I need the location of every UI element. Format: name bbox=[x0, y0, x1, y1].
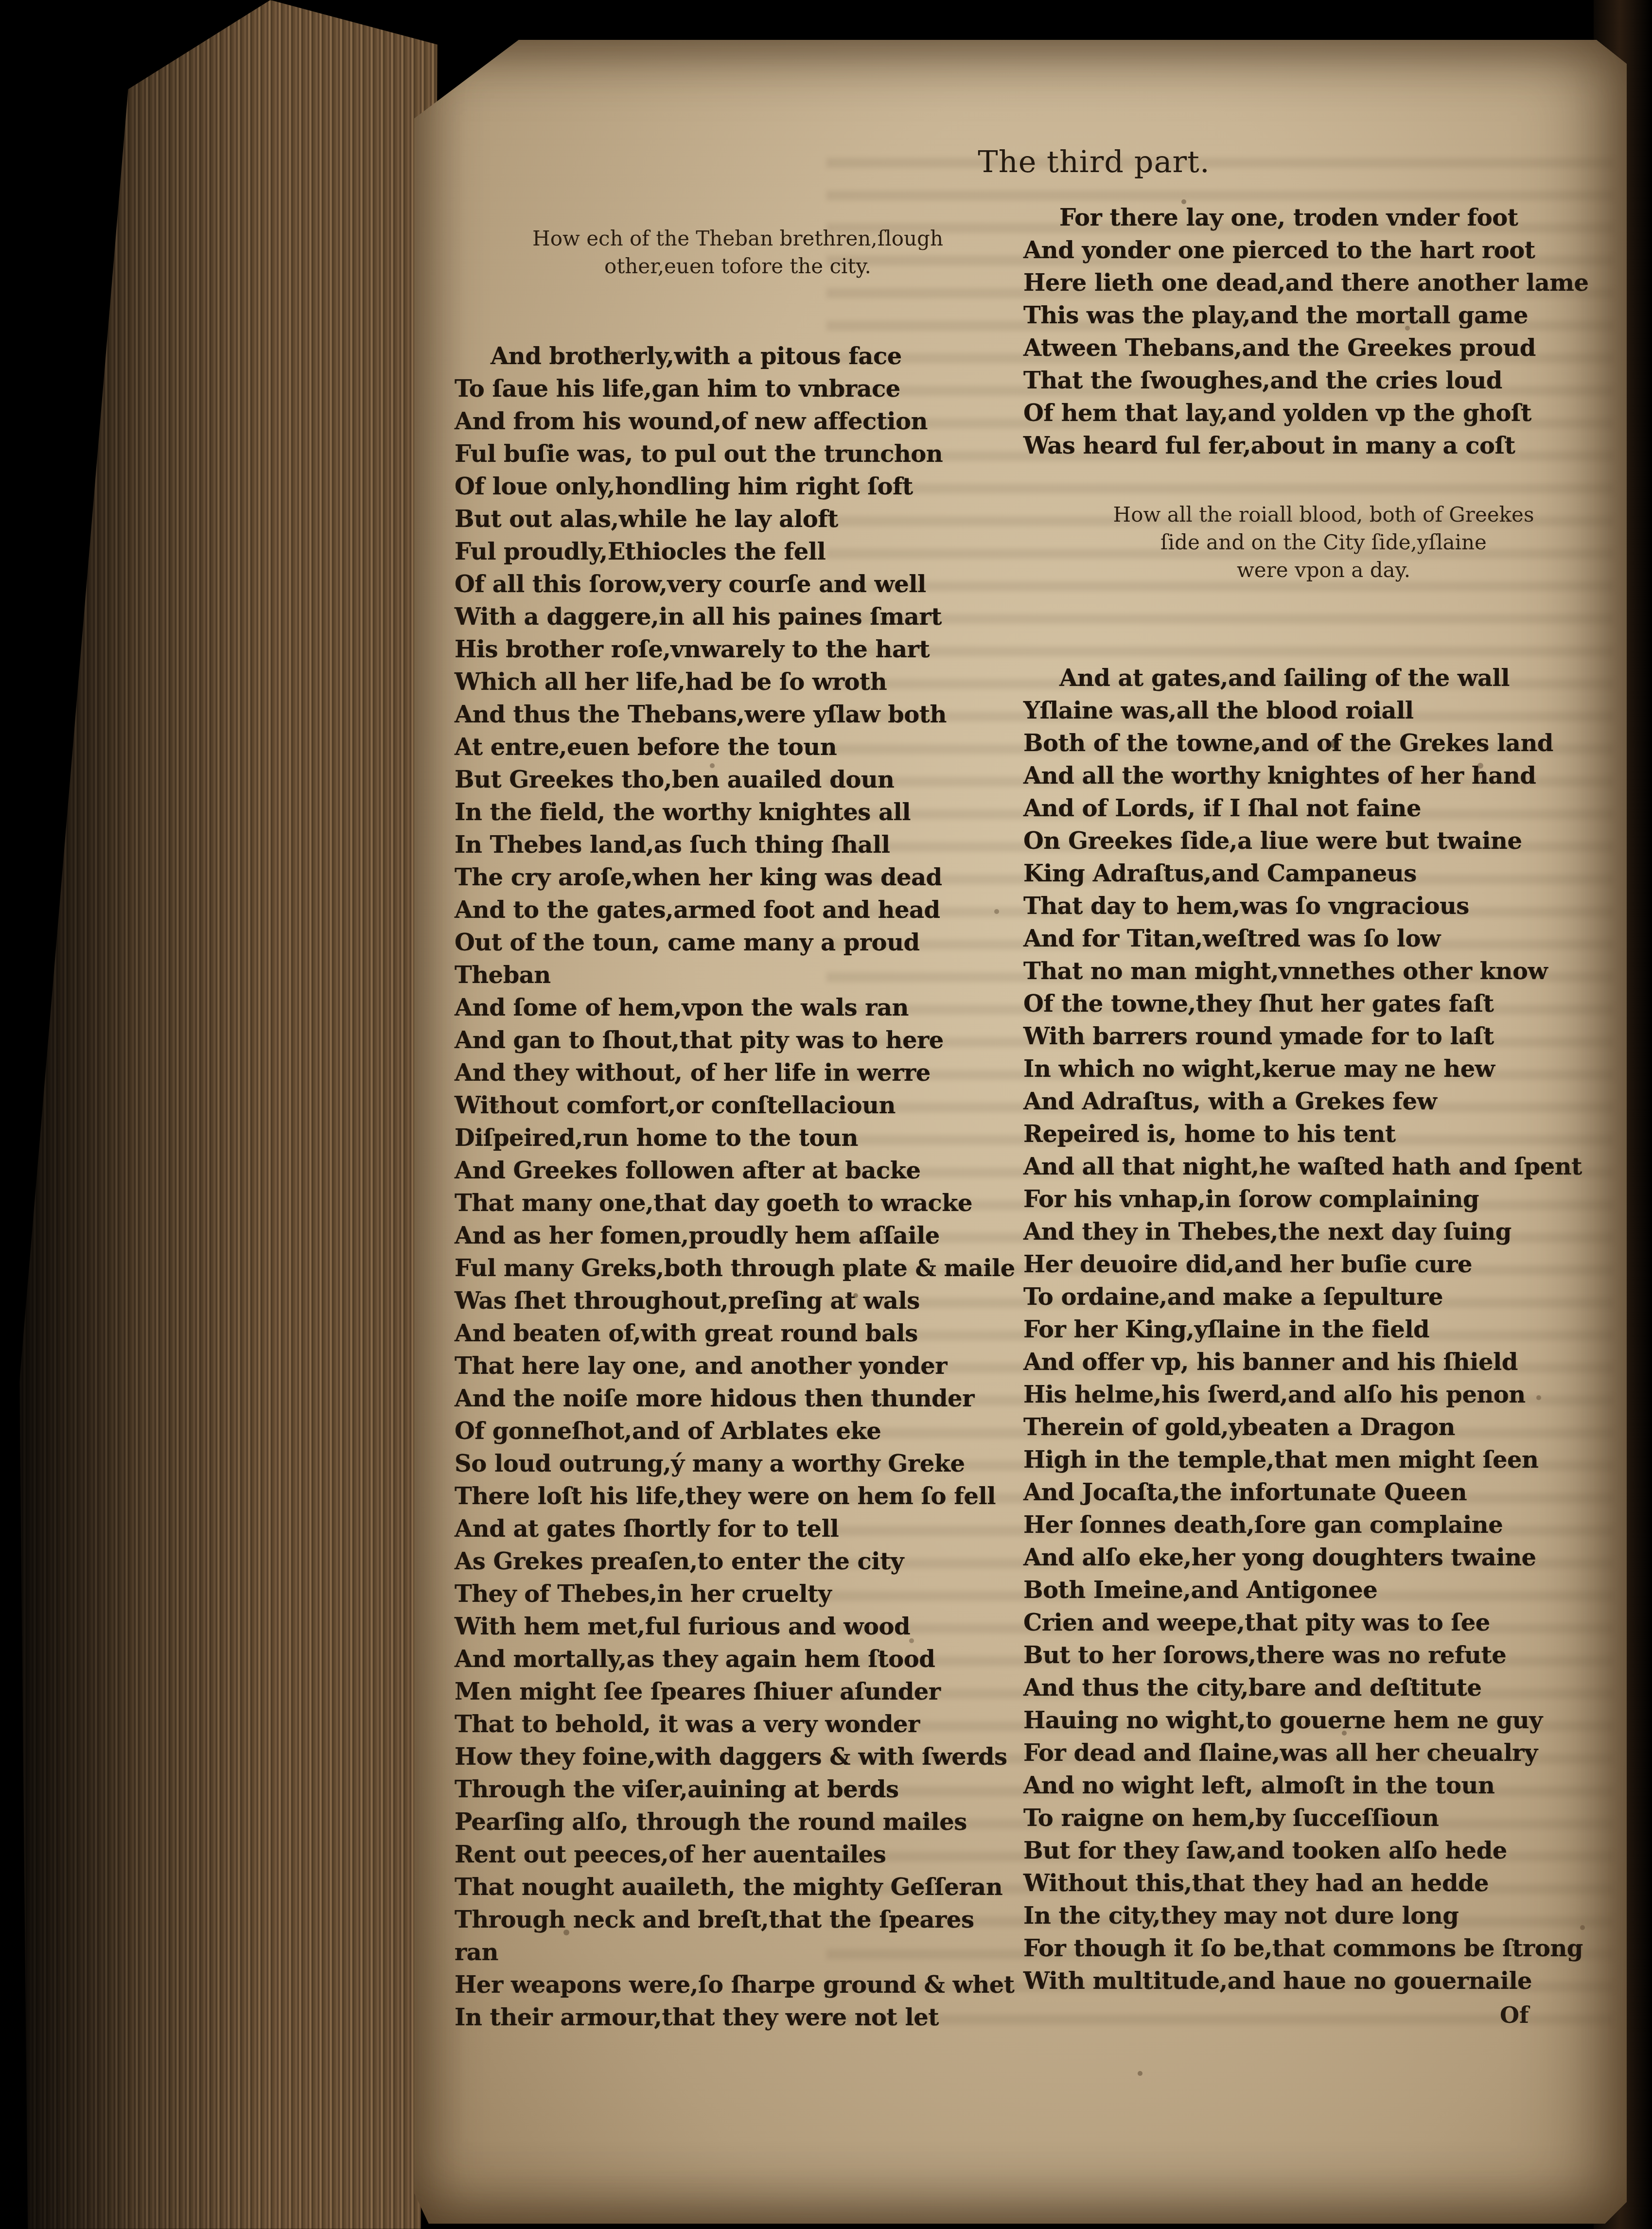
verse-line: For his vnhap,in ſorow complaining bbox=[1023, 1183, 1629, 1216]
verse-line: In the city,they may not dure long bbox=[1023, 1900, 1629, 1932]
verse-line: And gan to ſhout,that pity was to here bbox=[455, 1024, 1023, 1057]
verse-line: How they foine,with daggers & with ſwerd… bbox=[455, 1741, 1023, 1773]
verse-line: Was heard ful fer,about in many a coſt bbox=[1023, 430, 1629, 462]
verse-line: And for Titan,weſtred was ſo low bbox=[1023, 923, 1629, 955]
verse-line: And all the worthy knightes of her hand bbox=[1023, 760, 1629, 792]
verse-line: That day to hem,was ſo vngracious bbox=[1023, 890, 1629, 923]
verse-line: That nought auaileth, the mighty Geſſera… bbox=[455, 1871, 1023, 1904]
verse-line: Through the viſer,auining at berds bbox=[455, 1773, 1023, 1806]
verse-line: Of hem that lay,and yolden vp the ghoſt bbox=[1023, 397, 1629, 430]
verse-line: But for they ſaw,and tooken alſo hede bbox=[1023, 1835, 1629, 1867]
verse-line: With a daggere,in all his paines ſmart bbox=[455, 601, 1023, 633]
verse-line: And thus the city,bare and deſtitute bbox=[1023, 1672, 1629, 1704]
verse-line: For dead and ſlaine,was all her cheualry bbox=[1023, 1737, 1629, 1770]
photograph-of-open-book: { "page": { "running_title": "The third … bbox=[0, 0, 1652, 2229]
verse-line: Her weapons were,ſo ſharpe ground & whet bbox=[455, 1969, 1023, 2001]
verse-line: But to her ſorows,there was no refute bbox=[1023, 1639, 1629, 1672]
verse-line: And they in Thebes,the next day ſuing bbox=[1023, 1216, 1629, 1248]
verse-line: The cry aroſe,when her king was dead bbox=[455, 861, 1023, 894]
verse-line: Therein of gold,ybeaten a Dragon bbox=[1023, 1411, 1629, 1444]
verse-line: Both of the towne,and of the Grekes land bbox=[1023, 727, 1629, 760]
page-running-title: The third part. bbox=[535, 144, 1652, 179]
verse-line: And Adraſtus, with a Grekes few bbox=[1023, 1086, 1629, 1118]
verse-line: On Greekes ſide,a liue were but twaine bbox=[1023, 825, 1629, 858]
verse-line: For her King,yſlaine in the field bbox=[1023, 1314, 1629, 1346]
verse-line: Men might ſee ſpeares ſhiuer aſunder bbox=[455, 1676, 1023, 1708]
verse-line: And all that night,he waſted hath and ſp… bbox=[1023, 1151, 1629, 1183]
verse-line: Of loue only,hondling him right ſoft bbox=[455, 471, 1023, 503]
verse-line: And to the gates,armed foot and head bbox=[455, 894, 1023, 927]
verse-line: Hauing no wight,to gouerne hem ne guy bbox=[1023, 1704, 1629, 1737]
left-verse-column: And brotherly,with a pitous faceTo ſaue … bbox=[455, 340, 1023, 2034]
verse-line: But out alas,while he lay aloft bbox=[455, 503, 1023, 536]
verse-line: High in the temple,that men might ſeen bbox=[1023, 1444, 1629, 1476]
verse-line: That to behold, it was a very wonder bbox=[455, 1708, 1023, 1741]
verse-line: In Thebes land,as ſuch thing ſhall bbox=[455, 829, 1023, 861]
heading-line: were vpon a day. bbox=[1023, 556, 1624, 584]
verse-line: That no man might,vnnethes other know bbox=[1023, 955, 1629, 988]
verse-line: And mortally,as they again hem ſtood bbox=[455, 1643, 1023, 1676]
verse-line: To raigne on hem,by ſucceſſioun bbox=[1023, 1802, 1629, 1835]
right-column-chapter-heading: How all the roiall blood, both of Greeke… bbox=[1023, 501, 1624, 584]
verse-line: His brother roſe,vnwarely to the hart bbox=[455, 633, 1023, 666]
verse-line: And from his wound,of new affection bbox=[455, 405, 1023, 438]
verse-line: And offer vp, his banner and his ſhield bbox=[1023, 1346, 1629, 1379]
verse-line: Yſlaine was,all the blood roiall bbox=[1023, 695, 1629, 727]
verse-line: Crien and weepe,that pity was to ſee bbox=[1023, 1607, 1629, 1639]
verse-line: Of all this ſorow,very courſe and well bbox=[455, 568, 1023, 601]
verse-line: Rent out peeces,of her auentailes bbox=[455, 1839, 1023, 1871]
verse-line: And ſome of hem,vpon the wals ran bbox=[455, 992, 1023, 1024]
verse-line: And no wight left, almoſt in the toun bbox=[1023, 1770, 1629, 1802]
verse-line: Without this,that they had an hedde bbox=[1023, 1867, 1629, 1900]
verse-line: With multitude,and haue no gouernaile bbox=[1023, 1965, 1629, 1998]
book-fore-edge-page-stack bbox=[19, 0, 438, 2229]
verse-line: Here lieth one dead,and there another la… bbox=[1023, 267, 1629, 299]
catchword: Of bbox=[1500, 2002, 1529, 2028]
heading-line: How all the roiall blood, both of Greeke… bbox=[1023, 501, 1624, 528]
verse-line: And Jocaſta,the infortunate Queen bbox=[1023, 1476, 1629, 1509]
verse-line: And they without, of her life in werre bbox=[455, 1057, 1023, 1089]
verse-line: Of the towne,they ſhut her gates faſt bbox=[1023, 988, 1629, 1020]
verse-line: In the field, the worthy knightes all bbox=[455, 796, 1023, 829]
verse-line: Pearſing alſo, through the round mailes bbox=[455, 1806, 1023, 1839]
verse-line: Repeired is, home to his tent bbox=[1023, 1118, 1629, 1151]
verse-line: Ful buſie was, to pul out the trunchon bbox=[455, 438, 1023, 471]
verse-line: To ordaine,and make a ſepulture bbox=[1023, 1281, 1629, 1314]
verse-line: With barrers round ymade for to laſt bbox=[1023, 1020, 1629, 1053]
verse-line: King Adraſtus,and Campaneus bbox=[1023, 858, 1629, 890]
verse-line: Ful many Greks,both through plate & mail… bbox=[455, 1252, 1023, 1285]
verse-line: And of Lords, if I ſhal not faine bbox=[1023, 792, 1629, 825]
verse-line: And at gates,and ſailing of the wall bbox=[1023, 662, 1629, 695]
verse-line: They of Thebes,in her cruelty bbox=[455, 1578, 1023, 1611]
verse-line: But Greekes tho,ben auailed doun bbox=[455, 764, 1023, 796]
verse-line: To ſaue his life,gan him to vnbrace bbox=[455, 373, 1023, 405]
verse-line: Out of the toun, came many a proud Theba… bbox=[455, 927, 1023, 992]
verse-line: And alſo eke,her yong doughters twaine bbox=[1023, 1542, 1629, 1574]
heading-line: other,euen tofore the city. bbox=[455, 252, 1021, 280]
verse-line: For there lay one, troden vnder foot bbox=[1023, 202, 1629, 234]
verse-line: Of gonneſhot,and of Arblates eke bbox=[455, 1415, 1023, 1448]
verse-line: Diſpeired,run home to the toun bbox=[455, 1122, 1023, 1155]
verse-line: And at gates ſhortly for to tell bbox=[455, 1513, 1023, 1545]
verse-line: As Grekes preaſen,to enter the city bbox=[455, 1545, 1023, 1578]
verse-line: This was the play,and the mortall game bbox=[1023, 299, 1629, 332]
verse-line: And Greekes followen after at backe bbox=[455, 1155, 1023, 1187]
verse-line: Atween Thebans,and the Greekes proud bbox=[1023, 332, 1629, 365]
verse-line: Without comfort,or conſtellacioun bbox=[455, 1089, 1023, 1122]
verse-line: And brotherly,with a pitous face bbox=[455, 340, 1023, 373]
verse-line: There loſt his life,they were on hem ſo … bbox=[455, 1480, 1023, 1513]
verse-line: And yonder one pierced to the hart root bbox=[1023, 234, 1629, 267]
verse-line: For though it ſo be,that commons be ſtro… bbox=[1023, 1932, 1629, 1965]
verse-line: And thus the Thebans,were yſlaw both bbox=[455, 699, 1023, 731]
verse-line: Her ſonnes death,ſore gan complaine bbox=[1023, 1509, 1629, 1542]
verse-line: That here lay one, and another yonder bbox=[455, 1350, 1023, 1383]
verse-line: Through neck and breſt,that the ſpeares … bbox=[455, 1904, 1023, 1969]
verse-line: In which no wight,kerue may ne hew bbox=[1023, 1053, 1629, 1086]
verse-line: Was ſhet throughout,preſing at wals bbox=[455, 1285, 1023, 1317]
verse-line: Ful proudly,Ethiocles the fell bbox=[455, 536, 1023, 568]
heading-line: ſide and on the City ſide,yſlaine bbox=[1023, 528, 1624, 556]
right-verse-column-lower: And at gates,and ſailing of the wallYſla… bbox=[1023, 662, 1629, 1998]
verse-line: In their armour,that they were not let bbox=[455, 2001, 1023, 2034]
verse-line: Which all her life,had be ſo wroth bbox=[455, 666, 1023, 699]
left-column-chapter-heading: How ech of the Theban brethren,ſloughoth… bbox=[455, 225, 1021, 280]
verse-line: And beaten of,with great round bals bbox=[455, 1317, 1023, 1350]
verse-line: So loud outrung,ý many a worthy Greke bbox=[455, 1448, 1023, 1480]
verse-line: And as her fomen,proudly hem aſſaile bbox=[455, 1220, 1023, 1252]
verse-line: Her deuoire did,and her buſie cure bbox=[1023, 1248, 1629, 1281]
verse-line: At entre,euen before the toun bbox=[455, 731, 1023, 764]
verse-line: That the ſwoughes,and the cries loud bbox=[1023, 365, 1629, 397]
verse-line: With hem met,ful furious and wood bbox=[455, 1611, 1023, 1643]
verse-line: Both Imeine,and Antigonee bbox=[1023, 1574, 1629, 1607]
verse-line: And the noiſe more hidous then thunder bbox=[455, 1383, 1023, 1415]
heading-line: How ech of the Theban brethren,ſlough bbox=[455, 225, 1021, 252]
verse-line: His helme,his ſwerd,and alſo his penon bbox=[1023, 1379, 1629, 1411]
right-verse-column-upper: For there lay one, troden vnder footAnd … bbox=[1023, 202, 1629, 462]
verse-line: That many one,that day goeth to wracke bbox=[455, 1187, 1023, 1220]
